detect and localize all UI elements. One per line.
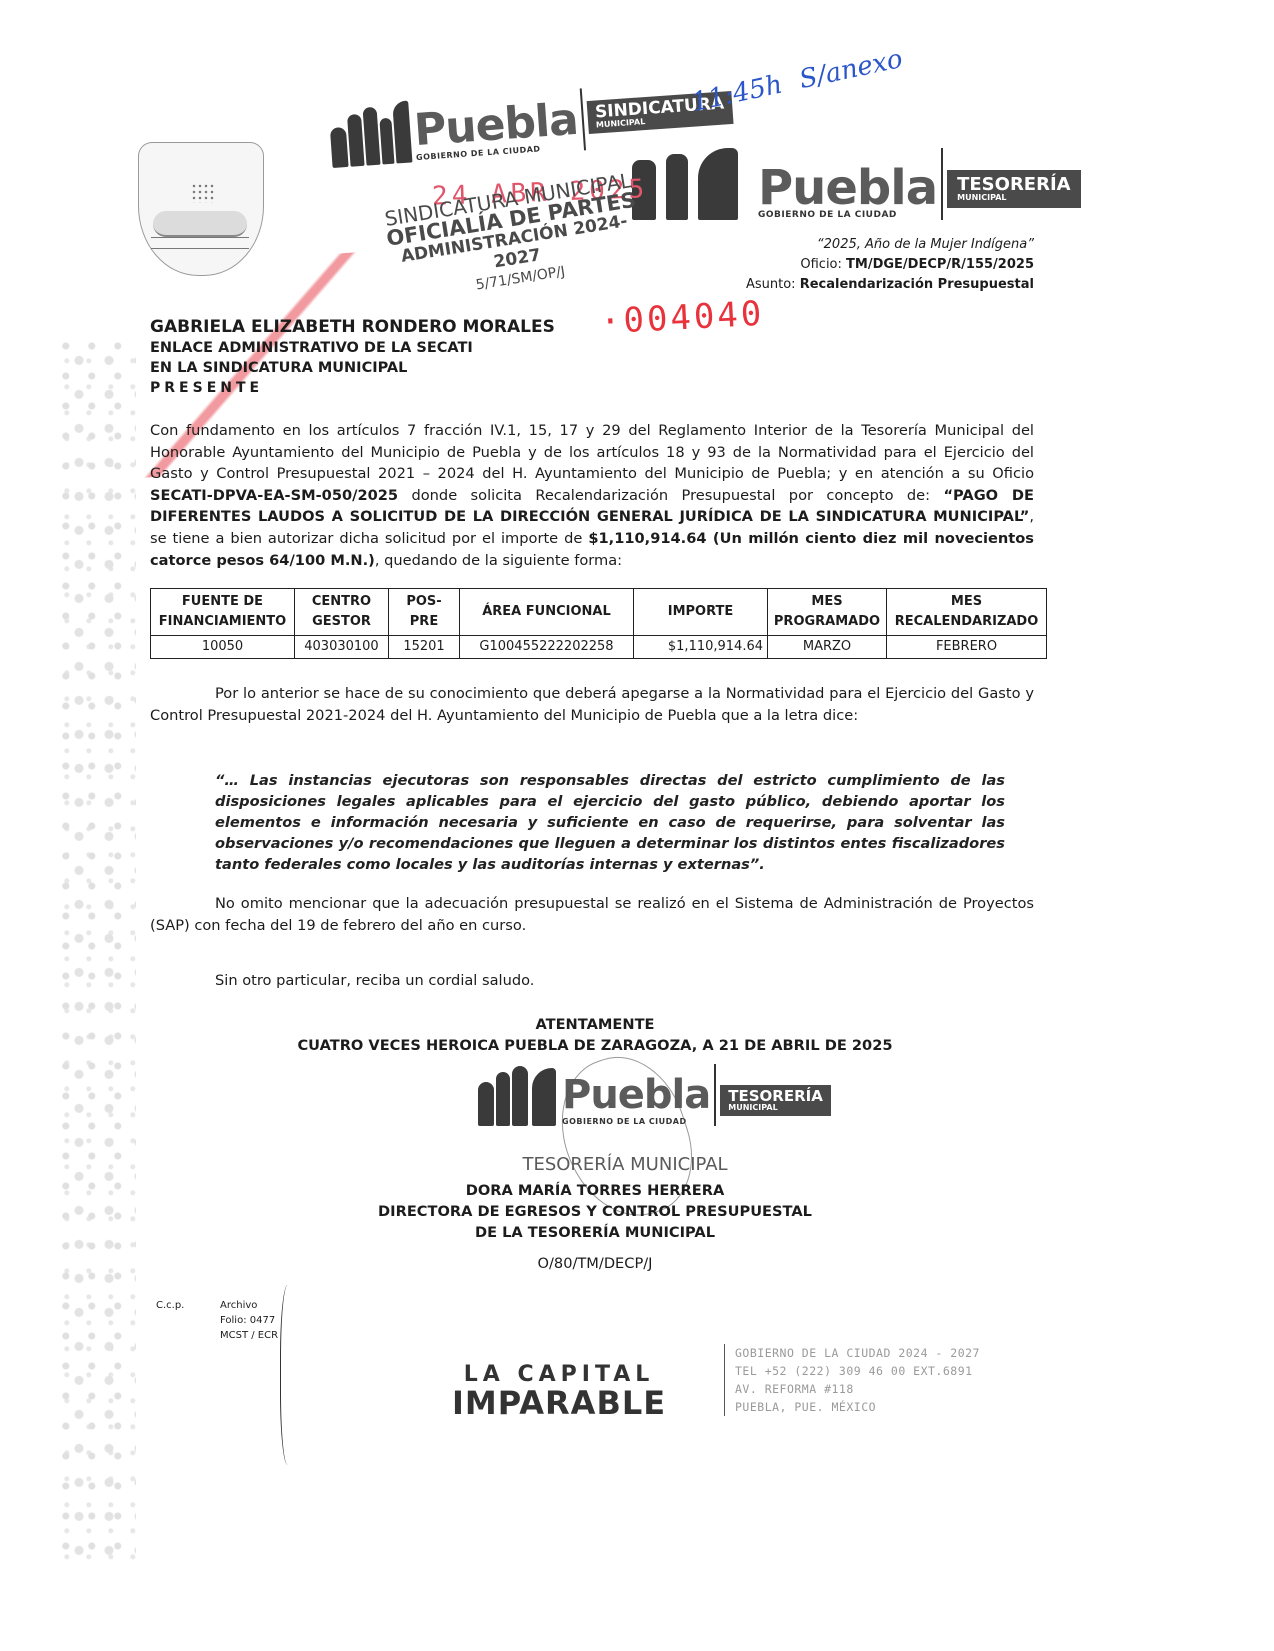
contact-city: PUEBLA, PUE. MÉXICO xyxy=(735,1398,980,1416)
cell-mes-programado: MARZO xyxy=(768,636,887,659)
body-paragraph-3: No omito mencionar que la adecuación pre… xyxy=(150,893,1034,936)
tesoreria-seal-stamp: TESORERÍA MUNICIPAL xyxy=(460,1154,790,1175)
column-header: MES PROGRAMADO xyxy=(768,589,887,636)
coat-of-arms-cloud xyxy=(153,211,247,237)
oficialia-partes-stamp: SINDICATURA MUNICIPAL OFICIALÍA DE PARTE… xyxy=(378,169,650,308)
cell-fuente: 10050 xyxy=(151,636,295,659)
addressee-block: GABRIELA ELIZABETH RONDERO MORALES ENLAC… xyxy=(150,316,555,398)
asunto-line: Asunto: Recalendarización Presupuestal xyxy=(746,275,1034,295)
coat-of-arms-waves xyxy=(151,237,249,249)
column-header: POS-PRE xyxy=(389,589,460,636)
body-paragraph-2: Por lo anterior se hace de su conocimien… xyxy=(150,683,1034,726)
atentamente-label: ATENTAMENTE xyxy=(0,1014,1190,1035)
logo-wordmark: Puebla xyxy=(758,166,937,210)
column-header: MES RECALENDARIZADO xyxy=(887,589,1047,636)
contact-line: GOBIERNO DE LA CIUDAD 2024 - 2027 xyxy=(735,1344,980,1362)
column-header: IMPORTE xyxy=(634,589,768,636)
puebla-emblem-icon xyxy=(478,1064,562,1126)
handwritten-annotation: 11:45h S/anexo xyxy=(689,44,905,118)
text-run: donde solicita Recalendarización Presupu… xyxy=(398,487,943,504)
tesoreria-badge: TESORERÍA MUNICIPAL xyxy=(720,1085,831,1116)
addressee-name: GABRIELA ELIZABETH RONDERO MORALES xyxy=(150,316,555,338)
column-header: ÁREA FUNCIONAL xyxy=(460,589,634,636)
footer-contact: GOBIERNO DE LA CIUDAD 2024 - 2027 TEL +5… xyxy=(724,1344,980,1416)
city-coat-of-arms xyxy=(138,142,264,276)
place-and-date: CUATRO VECES HEROICA PUEBLA DE ZARAGOZA,… xyxy=(0,1035,1190,1056)
column-header: FUENTE DE FINANCIAMIENTO xyxy=(151,589,295,636)
ccp-label: C.c.p. xyxy=(156,1300,184,1311)
closing-block: ATENTAMENTE CUATRO VECES HEROICA PUEBLA … xyxy=(0,1014,1190,1056)
reference-code: O/80/TM/DECP/J xyxy=(0,1255,1190,1272)
budget-table: FUENTE DE FINANCIAMIENTO CENTRO GESTOR P… xyxy=(150,588,1047,659)
brand-line-2: IMPARABLE xyxy=(452,1387,666,1419)
contact-phone: TEL +52 (222) 309 46 00 EXT.6891 xyxy=(735,1362,980,1380)
badge-subtitle: MUNICIPAL xyxy=(728,1104,823,1112)
handwritten-time: 11:45h xyxy=(689,70,785,118)
tesoreria-logo: Puebla GOBIERNO DE LA CIUDAD TESORERÍA M… xyxy=(632,148,1081,220)
coat-of-arms-dots xyxy=(191,183,215,203)
tesoreria-badge: TESORERÍA MUNICIPAL xyxy=(947,170,1080,208)
badge-title: TESORERÍA xyxy=(728,1089,823,1104)
text-run: , quedando de la siguiente forma: xyxy=(375,552,622,569)
reference-oficio: SECATI-DPVA-EA-SM-050/2025 xyxy=(150,487,398,504)
normativity-quote: “… Las instancias ejecutoras son respons… xyxy=(215,770,1005,875)
closing-greeting: Sin otro particular, reciba un cordial s… xyxy=(215,970,1099,992)
text-run: Con fundamento en los artículos 7 fracci… xyxy=(150,422,1034,482)
puebla-emblem-icon xyxy=(328,100,416,168)
presente-label: PRESENTE xyxy=(150,378,555,398)
year-motto: “2025, Año de la Mujer Indígena” xyxy=(746,235,1034,255)
folio-number-stamp: ·004040 xyxy=(599,294,765,343)
oficio-label: Oficio: xyxy=(800,257,842,272)
oficio-number: TM/DGE/DECP/R/155/2025 xyxy=(846,257,1034,272)
column-header: CENTRO GESTOR xyxy=(295,589,389,636)
ccp-item: Archivo xyxy=(220,1298,278,1313)
signer-name: DORA MARÍA TORRES HERRERA xyxy=(0,1180,1190,1201)
contact-address: AV. REFORMA #118 xyxy=(735,1380,980,1398)
addressee-department: EN LA SINDICATURA MUNICIPAL xyxy=(150,358,555,378)
asunto-value: Recalendarización Presupuestal xyxy=(800,277,1034,292)
oficio-line: Oficio: TM/DGE/DECP/R/155/2025 xyxy=(746,255,1034,275)
handwritten-initials xyxy=(280,1285,299,1465)
handwritten-no-annex: S/anexo xyxy=(797,44,905,95)
puebla-emblem-icon xyxy=(632,148,752,220)
logo-wordmark: Puebla xyxy=(413,98,579,153)
table-header-row: FUENTE DE FINANCIAMIENTO CENTRO GESTOR P… xyxy=(151,589,1047,636)
badge-subtitle: MUNICIPAL xyxy=(957,194,1070,202)
signer-block: DORA MARÍA TORRES HERRERA DIRECTORA DE E… xyxy=(0,1180,1190,1243)
cell-centro-gestor: 403030100 xyxy=(295,636,389,659)
document-header-info: “2025, Año de la Mujer Indígena” Oficio:… xyxy=(746,235,1034,295)
cell-pos-pre: 15201 xyxy=(389,636,460,659)
table-row: 10050 403030100 15201 G100455222202258 $… xyxy=(151,636,1047,659)
ccp-item: Folio: 0477 xyxy=(220,1313,278,1328)
body-paragraph-1: Con fundamento en los artículos 7 fracci… xyxy=(150,420,1034,571)
addressee-title: ENLACE ADMINISTRATIVO DE LA SECATI xyxy=(150,338,555,358)
asunto-label: Asunto: xyxy=(746,277,796,292)
cell-importe: $1,110,914.64 xyxy=(634,636,768,659)
ccp-item: MCST / ECR xyxy=(220,1328,278,1343)
ornamental-border xyxy=(58,340,136,1560)
signer-title: DIRECTORA DE EGRESOS Y CONTROL PRESUPUES… xyxy=(0,1201,1190,1222)
cell-mes-recalendarizado: FEBRERO xyxy=(887,636,1047,659)
ccp-list: Archivo Folio: 0477 MCST / ECR xyxy=(220,1298,278,1343)
cell-area-funcional: G100455222202258 xyxy=(460,636,634,659)
badge-title: TESORERÍA xyxy=(957,176,1070,194)
signer-department: DE LA TESORERÍA MUNICIPAL xyxy=(0,1222,1190,1243)
footer-brand: LA CAPITAL IMPARABLE xyxy=(452,1362,666,1419)
